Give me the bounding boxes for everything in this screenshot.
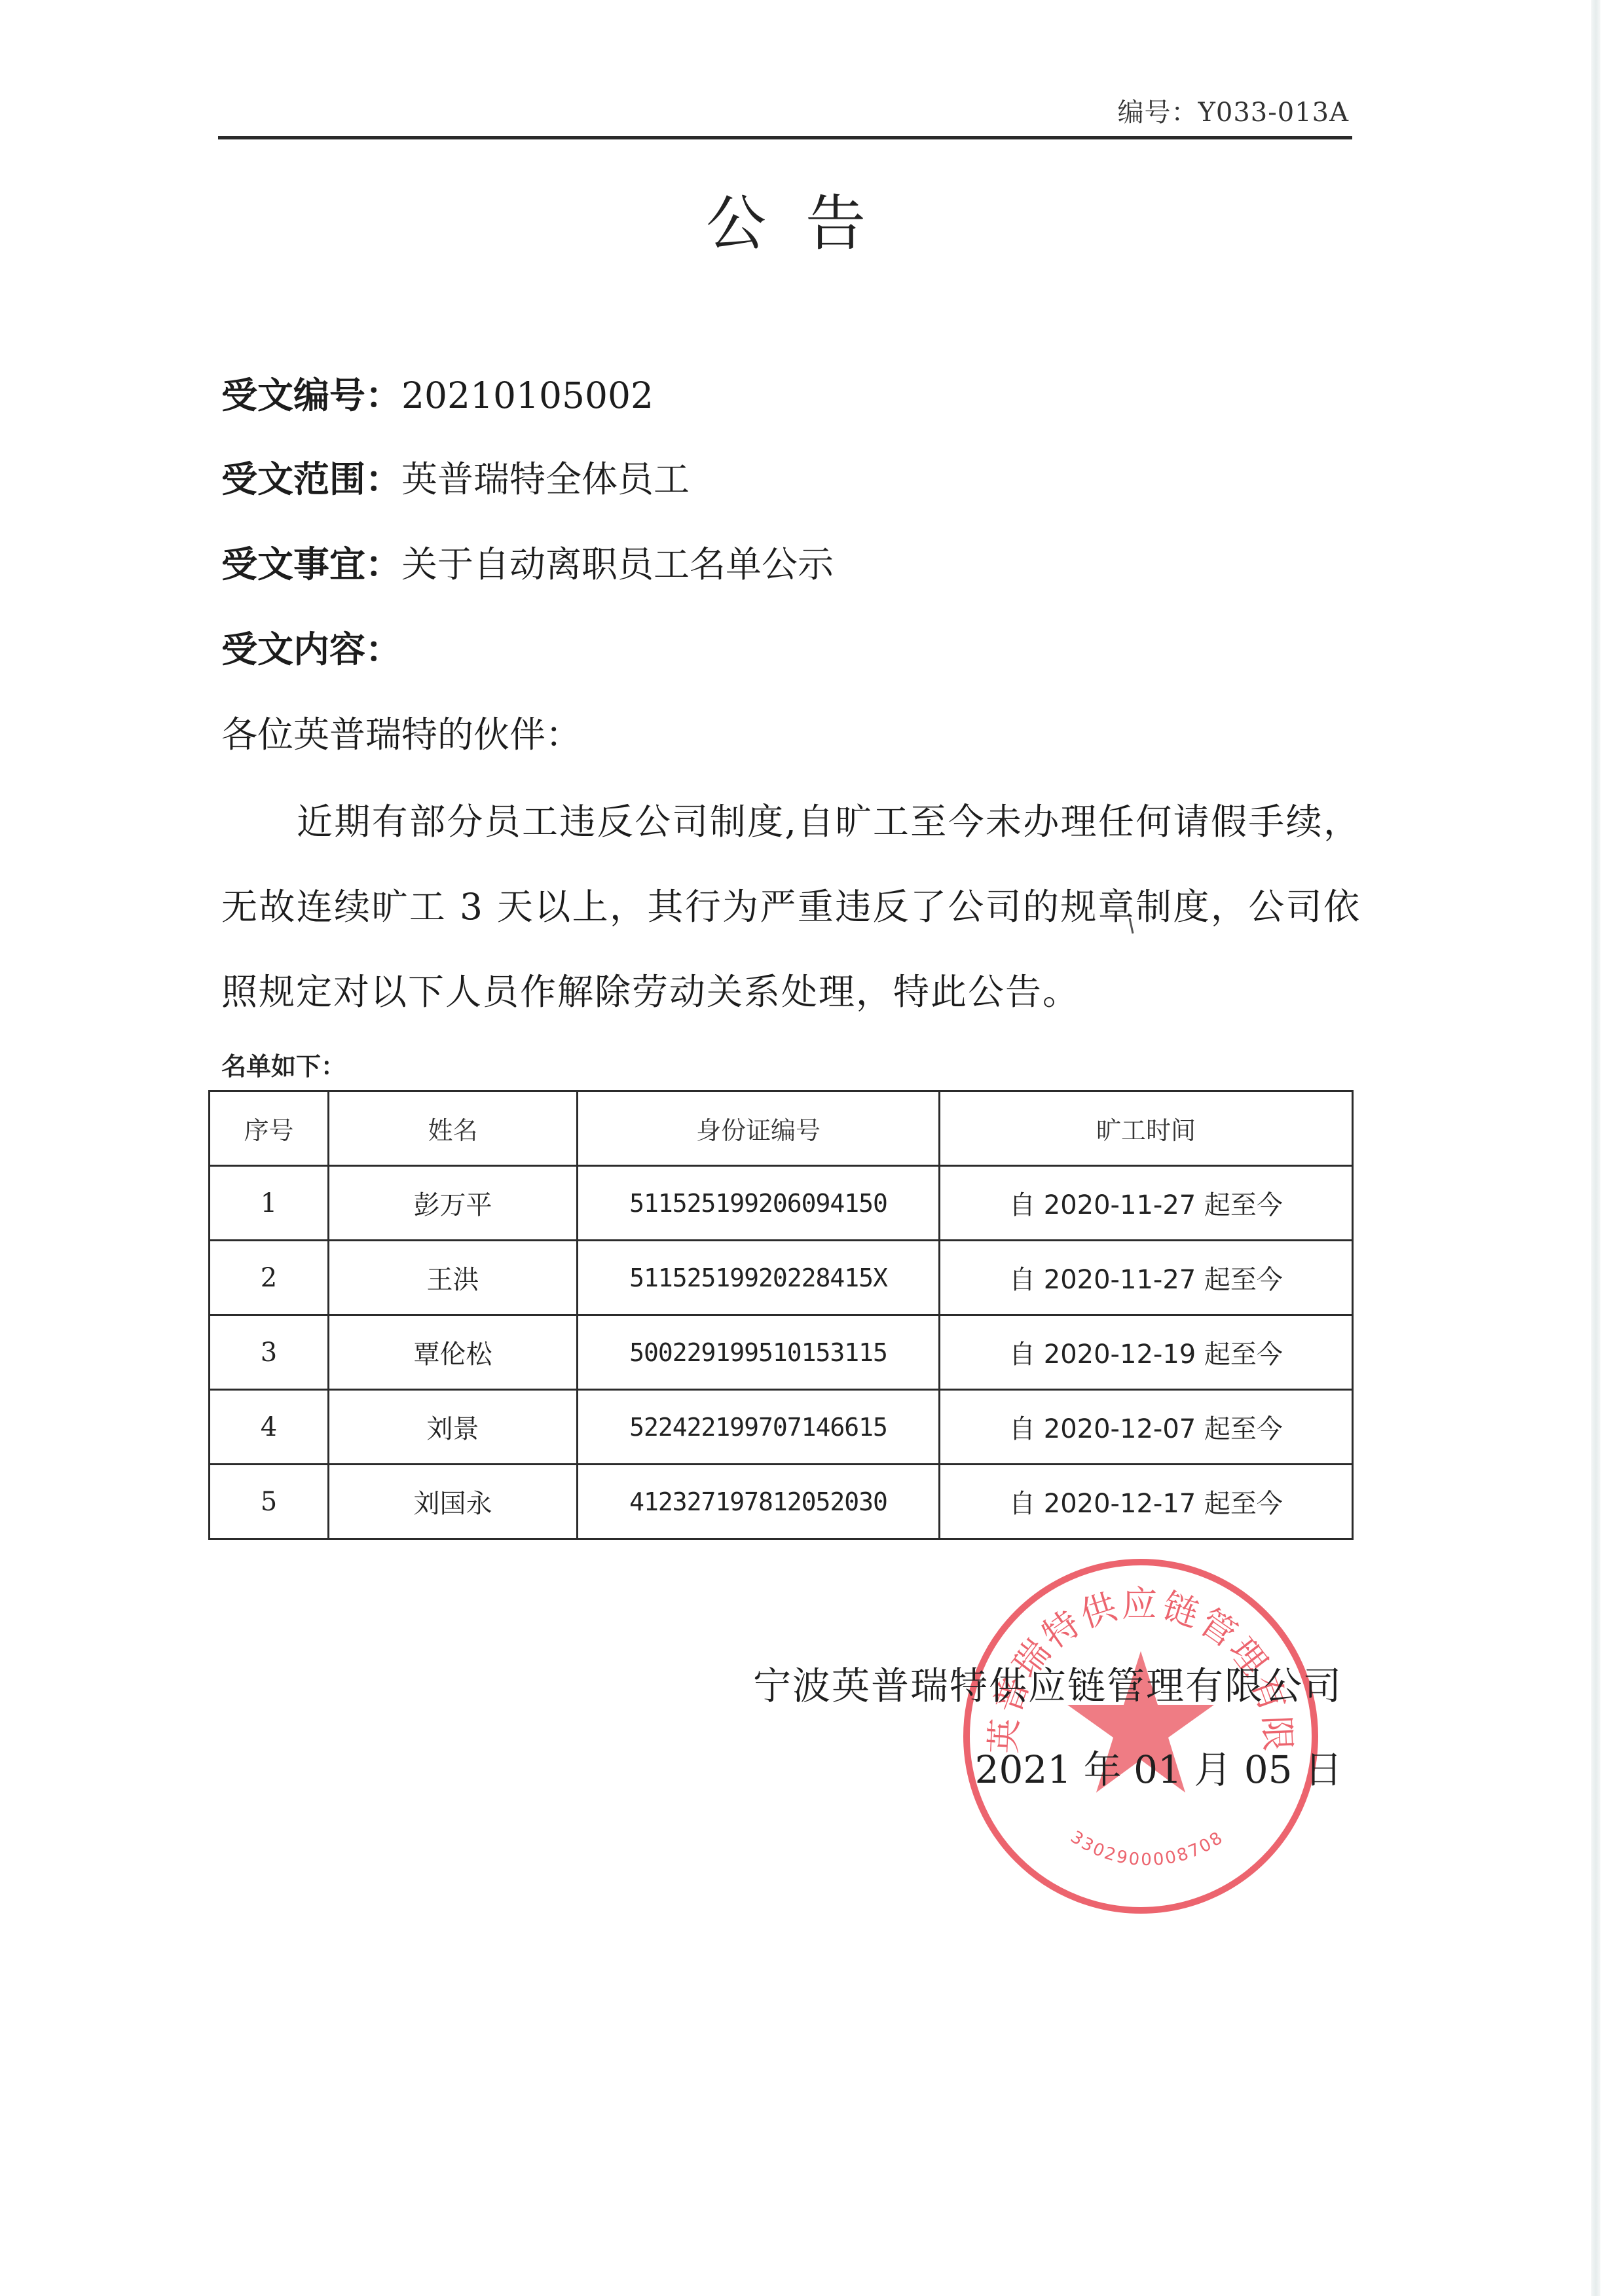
page-title: 公告: [0, 175, 1572, 262]
meta-number-value: 20210105002: [401, 374, 654, 416]
cell-no: 2: [210, 1241, 329, 1315]
cell-no: 1: [210, 1166, 329, 1241]
meta-subject-label: 受文事宜：: [221, 543, 401, 585]
greeting: 各位英普瑞特的伙伴：: [221, 706, 581, 757]
col-header-no: 序号: [210, 1091, 329, 1166]
cell-name: 刘国永: [329, 1465, 578, 1539]
meta-scope: 受文范围：英普瑞特全体员工: [221, 450, 690, 502]
cell-period: 自 2020-12-07 起至今: [940, 1390, 1353, 1465]
header-divider: [218, 136, 1352, 139]
seal-serial: 3302900008708: [1067, 1827, 1227, 1870]
col-header-name: 姓名: [329, 1091, 578, 1166]
signature-date: 2021 年 01 月 05 日: [975, 1739, 1342, 1794]
cell-name: 刘景: [329, 1390, 578, 1465]
col-header-period: 旷工时间: [940, 1091, 1353, 1166]
company-seal-icon: 宁波英普瑞特供应链管理有限公司 3302900008708: [957, 1553, 1324, 1920]
cell-name: 王洪: [329, 1241, 578, 1315]
meta-number-label: 受文编号：: [221, 374, 401, 416]
cell-id: 522422199707146615: [578, 1390, 940, 1465]
document-code-label: 编号：: [1117, 98, 1198, 128]
cell-id: 511525199206094150: [578, 1166, 940, 1241]
table-row: 5 刘国永 412327197812052030 自 2020-12-17 起至…: [210, 1465, 1353, 1539]
cell-id: 500229199510153115: [578, 1315, 940, 1390]
table-header-row: 序号 姓名 身份证编号 旷工时间: [210, 1091, 1353, 1166]
meta-content: 受文内容：: [221, 621, 401, 672]
cell-no: 5: [210, 1465, 329, 1539]
document-code-value: Y033-013A: [1198, 98, 1349, 128]
dismissal-roster-table: 序号 姓名 身份证编号 旷工时间 1 彭万平 51152519920609415…: [208, 1090, 1354, 1540]
meta-subject: 受文事宜：关于自动离职员工名单公示: [221, 536, 834, 587]
cell-name: 彭万平: [329, 1166, 578, 1241]
cell-id: 51152519920228415X: [578, 1241, 940, 1315]
cell-no: 3: [210, 1315, 329, 1390]
cell-period: 自 2020-11-27 起至今: [940, 1166, 1353, 1241]
table-row: 4 刘景 522422199707146615 自 2020-12-07 起至今: [210, 1390, 1353, 1465]
meta-content-label: 受文内容：: [221, 629, 401, 670]
signature-company: 宁波英普瑞特供应链管理有限公司: [753, 1655, 1342, 1710]
cell-period: 自 2020-12-19 起至今: [940, 1315, 1353, 1390]
meta-scope-label: 受文范围：: [221, 458, 401, 500]
meta-scope-value: 英普瑞特全体员工: [401, 458, 690, 500]
cell-period: 自 2020-11-27 起至今: [940, 1241, 1353, 1315]
col-header-id: 身份证编号: [578, 1091, 940, 1166]
table-row: 1 彭万平 511525199206094150 自 2020-11-27 起至…: [210, 1166, 1353, 1241]
meta-subject-value: 关于自动离职员工名单公示: [401, 543, 834, 585]
meta-number: 受文编号：20210105002: [221, 367, 654, 418]
cell-id: 412327197812052030: [578, 1465, 940, 1539]
cell-no: 4: [210, 1390, 329, 1465]
document-code: 编号：Y033-013A: [1117, 92, 1349, 129]
scan-page-edge: [1591, 0, 1600, 2296]
cell-name: 覃伦松: [329, 1315, 578, 1390]
list-label: 名单如下：: [221, 1046, 346, 1082]
table-row: 3 覃伦松 500229199510153115 自 2020-12-19 起至…: [210, 1315, 1353, 1390]
notice-body: 近期有部分员工违反公司制度,自旷工至今未办理任何请假手续，无故连续旷工 3 天以…: [221, 779, 1361, 1034]
cell-period: 自 2020-12-17 起至今: [940, 1465, 1353, 1539]
table-row: 2 王洪 51152519920228415X 自 2020-11-27 起至今: [210, 1241, 1353, 1315]
